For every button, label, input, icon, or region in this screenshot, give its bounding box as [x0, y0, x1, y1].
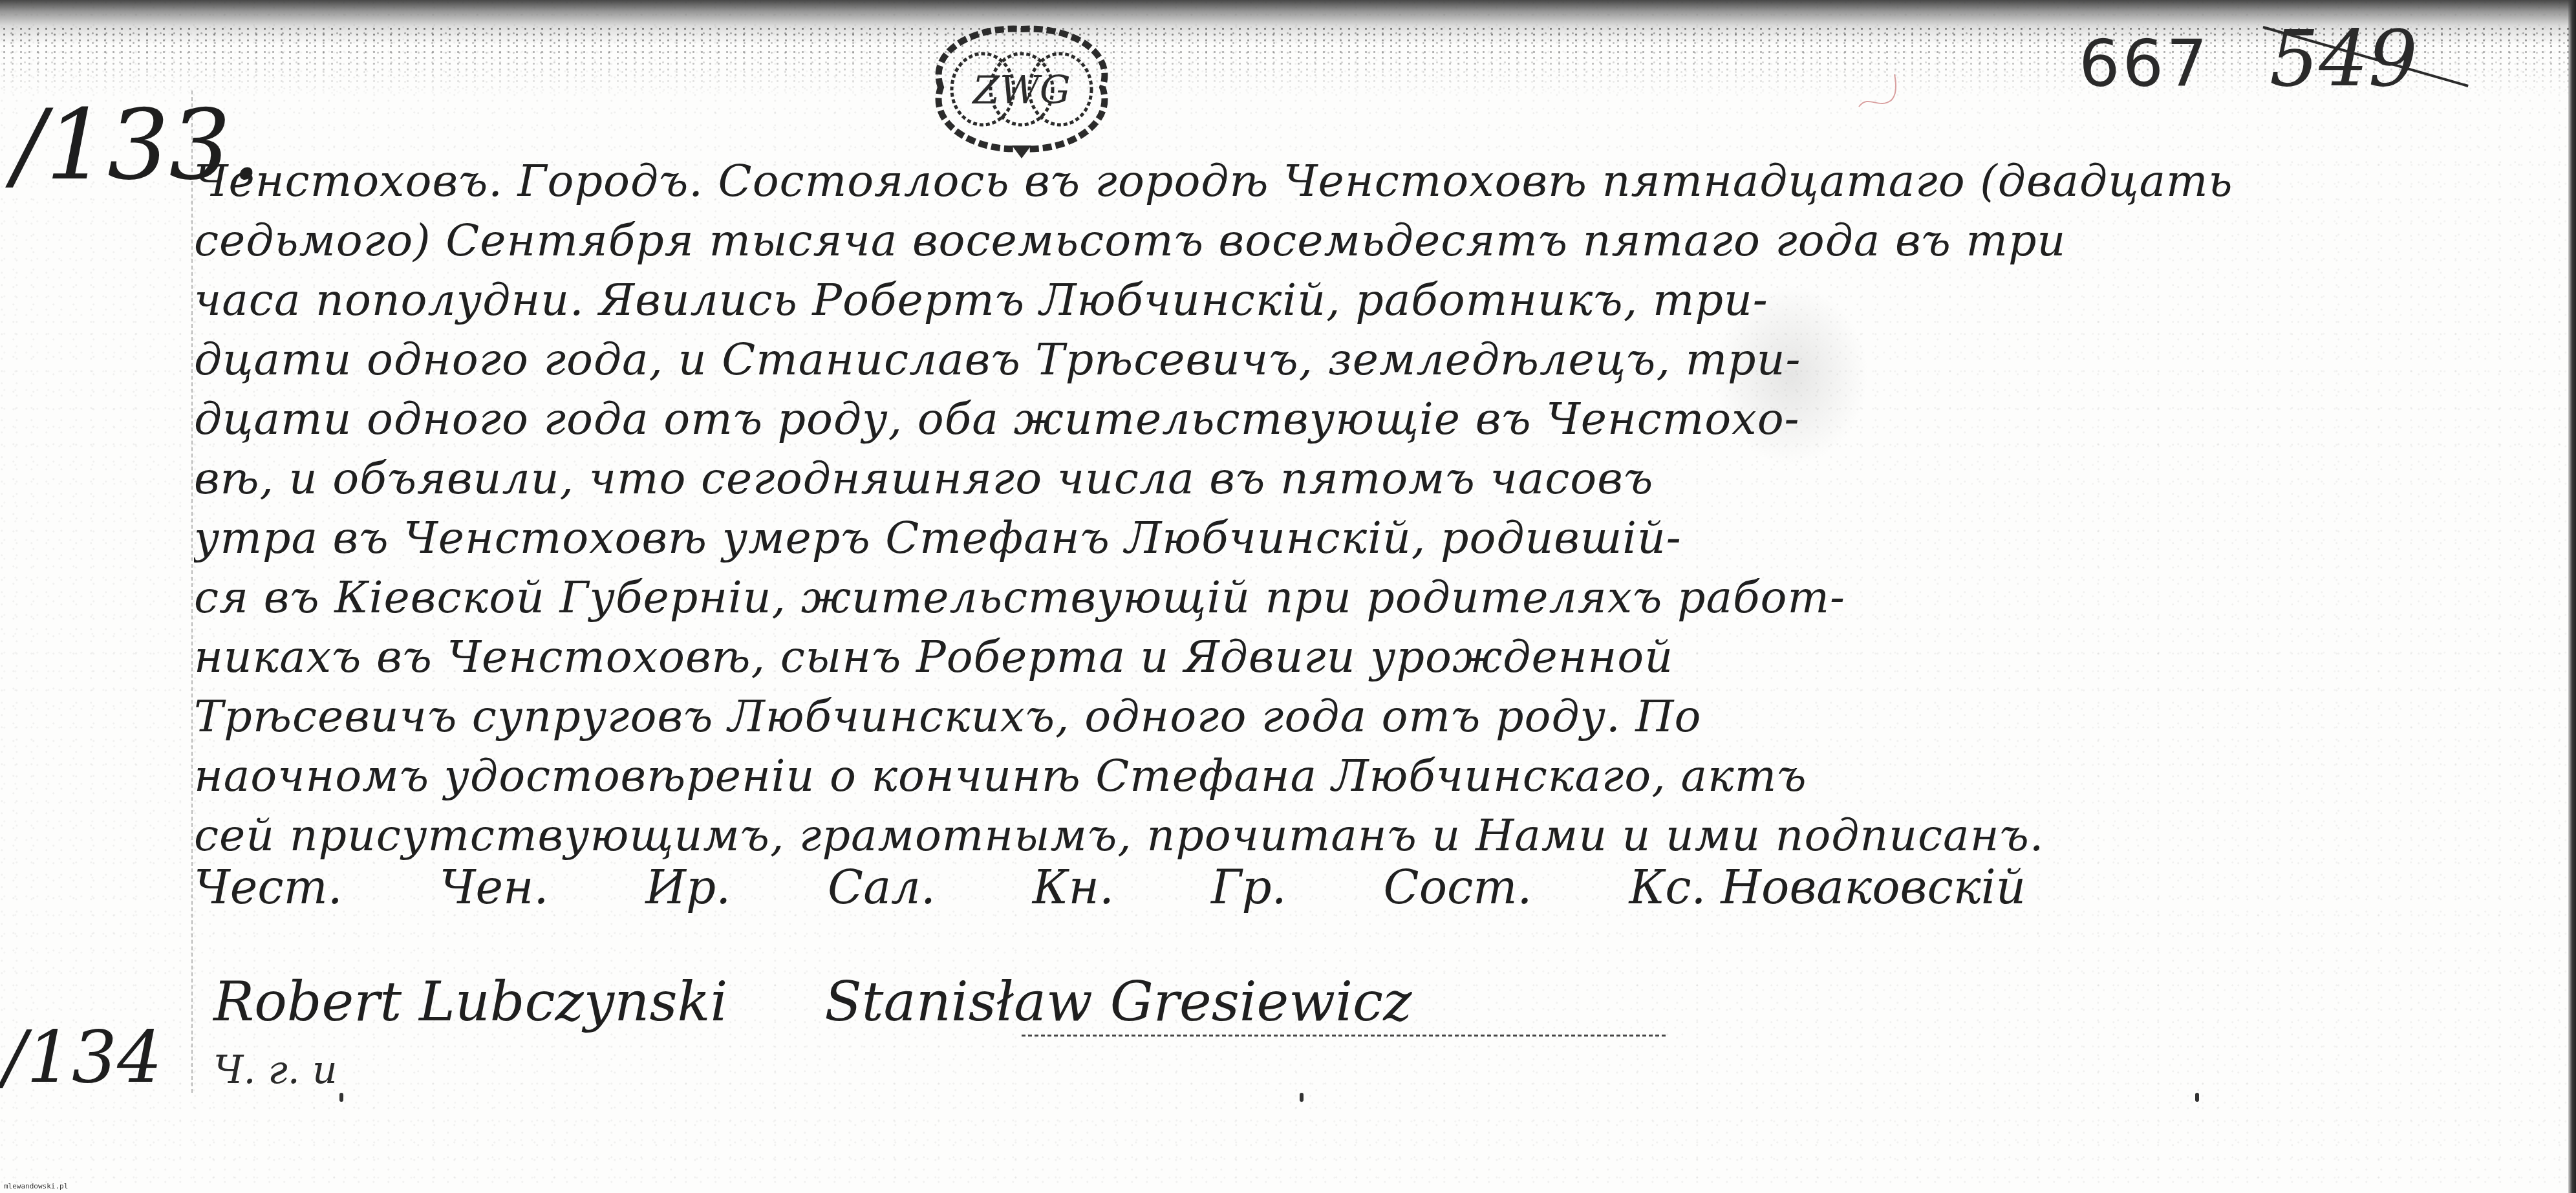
signature-underline — [1022, 1035, 1668, 1037]
act-text-line: вѣ, и объявили, что сегодняшняго числа в… — [194, 449, 2535, 509]
signature-abbrev: Сост. — [1384, 860, 1532, 914]
signature-abbrev: Чест. — [194, 860, 343, 914]
next-act-number: /134 — [3, 1022, 162, 1093]
act-text-line: никахъ въ Ченстоховѣ, сынъ Роберта и Ядв… — [194, 628, 2535, 687]
act-text-line: утра въ Ченстоховѣ умеръ Стефанъ Любчинс… — [194, 509, 2535, 568]
pencil-mark-icon — [1856, 71, 1901, 110]
signature-abbrev: Чен. — [440, 860, 549, 914]
act-text-line: дцати одного года отъ роду, оба жительст… — [194, 390, 2535, 449]
next-act-slash: / — [3, 1016, 27, 1099]
act-text-line: наочномъ удостовѣреніи о кончинѣ Стефана… — [194, 747, 2535, 806]
monogram-stamp-icon: ZWG — [915, 13, 1128, 162]
source-watermark: mlewandowski.pl — [4, 1182, 68, 1190]
signature-abbrev: Ир. — [645, 860, 731, 914]
act-text-line: дцати одного года, и Станиславъ Трѣсевич… — [194, 330, 2535, 390]
old-page-number-struck: 549 — [2270, 14, 2418, 104]
next-act-start-text: Ч. г. и — [213, 1048, 338, 1093]
act-text-line: Ченстоховъ. Городъ. Состоялось въ городѣ… — [194, 152, 2535, 211]
margin-rule — [191, 91, 193, 1093]
act-body-text: Ченстоховъ. Городъ. Состоялось въ городѣ… — [194, 152, 2535, 866]
witness-signature-father: Robert Lubczynski — [213, 970, 727, 1033]
act-text-line: сей присутствующимъ, грамотнымъ, прочита… — [194, 806, 2535, 866]
registrar-signature: Кс. Новаковскій — [1629, 860, 2026, 914]
ink-speck — [339, 1093, 343, 1102]
scan-right-edge — [2568, 0, 2576, 1193]
signature-abbrev: Сал. — [828, 860, 936, 914]
act-text-line: часа пополудни. Явились Робертъ Любчинск… — [194, 271, 2535, 330]
stamp-monogram: ZWG — [971, 68, 1070, 113]
act-number-slash: / — [13, 89, 46, 202]
registrar-signature-line: Чест. Чен. Ир. Сал. Кн. Гр. Сост. Кс. Но… — [194, 860, 2535, 914]
signature-abbrev: Гр. — [1211, 860, 1287, 914]
act-text-line: ся въ Кіевской Губерніи, жительствующій … — [194, 568, 2535, 628]
signature-abbrev: Кн. — [1033, 860, 1114, 914]
witness-signature-second: Stanisław Gresiewicz — [824, 970, 1411, 1033]
act-text-line: Трѣсевичъ супруговъ Любчинскихъ, одного … — [194, 687, 2535, 747]
page-number: 667 — [2079, 26, 2210, 102]
witness-signatures: Robert Lubczynski Stanisław Gresiewicz — [213, 970, 1411, 1033]
ink-speck — [1300, 1093, 1304, 1102]
act-text-line: седьмого) Сентября тысяча восемьсотъ вос… — [194, 211, 2535, 271]
ink-speck — [2195, 1093, 2199, 1102]
scanned-document-page: ZWG 667 549 /133. Ченстоховъ. Городъ. Со… — [0, 0, 2576, 1193]
